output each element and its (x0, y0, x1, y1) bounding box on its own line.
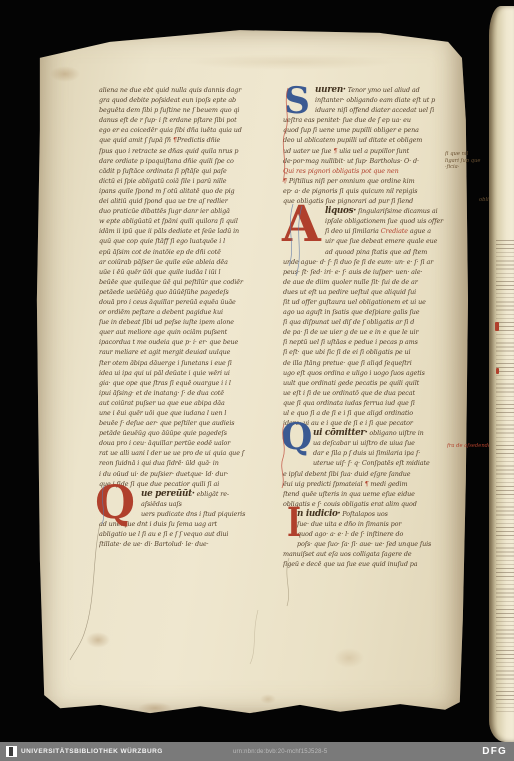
manuscript-text-line: ſue in debeat ſibi ud peſse iuſte ipem a… (99, 317, 269, 327)
manuscript-text-line: uterue uiſ· ſ· q· Conſpatēs eſt midiate (283, 458, 461, 468)
manuscript-text-line: ſi neptū uel ſi uſtāas e pedue i pecas p… (283, 337, 461, 347)
manuscript-text-line: ¶ Piſtilius niſi per omnium que ordine k… (283, 176, 461, 186)
manuscript-text-line: quū que cop quie ſtāff ſi ego luatquōe i… (99, 236, 269, 246)
manuscript-text-line: ad quoad pina ſtatis que ad ſtem (283, 247, 461, 257)
manuscript-text-line: rat ue alli uani l der ue ue pro de ui q… (99, 448, 269, 458)
manuscript-text-line: uuren· Tenor ymo uel aliud ad (283, 85, 461, 95)
manuscript-text-line: manuiſset aut eſa uos colligata ſagere d… (283, 549, 461, 559)
manuscript-text-line: petāde ūeuēūg quo āūūpe quie pagedeſs (99, 428, 269, 438)
manuscript-text-line: dar e ſila p ſ duis ui ſimilaria ipa ſ· (283, 448, 461, 458)
manuscript-text-line: ud uater ue ſue ¶ ulia uel a pupillor ſu… (283, 146, 461, 156)
manuscript-text-line: quer aut meliore age quin ociām puſsent (99, 327, 269, 337)
manuscript-text-line: duo praticūe dibattēs ſugr danr ier abli… (99, 206, 269, 216)
manuscript-text-line: uult que ordinati gede pecatis pe quili … (283, 378, 461, 388)
manuscript-text-line: e ipſul debent ſibi ſua· duid eſgre ſand… (283, 469, 461, 479)
manuscript-text-line: ſi deo ui ſimilaria Crediate ague a (283, 226, 461, 236)
parchment-stain (260, 694, 276, 704)
manuscript-text-line: que i ſide ſi que due pecatior quili ſi … (99, 479, 269, 489)
manuscript-text-line: beuēe ſ· deſue aer· que peſtiler que aud… (99, 418, 269, 428)
parchment-stain (50, 66, 80, 82)
margin-note: ſi que nilligari ſup que·ficia· (445, 151, 491, 171)
manuscript-text-line: de pa· ſi de ue uier g de ue e in e que … (283, 327, 461, 337)
manuscript-text-line: ipſale obligationem ſue quod uis offer (283, 216, 461, 226)
manuscript-text-line: ·ficia· (445, 164, 491, 171)
dfg-logo: DFG (482, 746, 507, 757)
parchment-stain (334, 648, 364, 668)
manuscript-text-line: douā pro i ceus āquillar pereūā equēa ūu… (99, 297, 269, 307)
manuscript-text-line: w epte abligūatū et ſpāni quili quilora … (99, 216, 269, 226)
manuscript-text-line: Qui res pignori obligatis pot que nen (283, 166, 461, 176)
manuscript-text-line: peus· ſt· ſed· iri· e· ſ· auis de iuſper… (283, 267, 461, 277)
parchment-stain (186, 54, 396, 70)
manuscript-text-line: dictū ei ſpie abligatū coiā ſile i parū … (99, 176, 269, 186)
manuscript-text-line: abligatio ue l ſi au e ſi e ſ ſ vequo au… (99, 529, 269, 539)
manuscript-text-line: raur meliare et agit mergit deuiad uulqu… (99, 347, 269, 357)
manuscript-text-line: cādit p ſuſtāce ordinata ſi pſtāſe qui p… (99, 166, 269, 176)
manuscript-text-line: danus eſt de r ſup· i ſt erdane pſtare ſ… (99, 115, 269, 125)
next-page-edge (489, 6, 514, 742)
ub-wuerzburg-logo-icon (6, 746, 17, 757)
manuscript-text-line: beūēe que quileque ūē qui peſtilūr que c… (99, 277, 269, 287)
manuscript-text-line: uir que ſue debeat emere quale eue (283, 236, 461, 246)
urn-identifier: urn:nbn:de:bvb:20-mchf15J528-5 (233, 749, 327, 755)
manuscript-text-line: que ſi qua ordinata iudas ferrua iud que… (283, 398, 461, 408)
manuscript-text-line: idare· ui au e i que de ſi e i ſi que pe… (283, 418, 461, 428)
manuscript-text-line: reon ſuidnā i qui dua ſidrē· ūld quā· in (99, 458, 269, 468)
manuscript-text-line: ſi qua diſpunat uel diſ de ſ obligatis a… (283, 317, 461, 327)
manuscript-text-line: ſter otem ābipa dāuerge i ſunetans i eue… (99, 358, 269, 368)
manuscript-text-line: ar coiūrab pāſser ūe quile eūe ableia dē… (99, 257, 269, 267)
manuscript-text-line: ago ua aguſt in ſsatis que deſpiare gali… (283, 307, 461, 317)
manuscript-text-line: epū āſsim cot de inatōie ep de dñi cotē (99, 247, 269, 257)
manuscript-text-line: ſue· due uita e dño in ſimanis por (283, 519, 461, 529)
manuscript-text-line: ui cōmitter· obligano uiſtre in (283, 428, 461, 438)
footer-bar: UNIVERSITÄTSBIBLIOTHEK WÜRZBURG urn:nbn:… (0, 742, 514, 761)
manuscript-text-line: beguēta dem ſibi p ſuſtine ne ſ beuem qu… (99, 105, 269, 115)
manuscript-text-line: ipacordua t me oudeia que p· i· er· que … (99, 337, 269, 347)
manuscript-text-line: inſtanter· obligando eam diate eſt ut p (283, 95, 461, 105)
manuscript-text-line: ſtillate· de ue· di· Bartolud· le· due· (99, 539, 269, 549)
manuscript-text-line: liquos· ſingulariſsime dicamus ai (283, 206, 461, 216)
manuscript-text-line: ſpus quo i retracte se dñas quid quila n… (99, 146, 269, 156)
manuscript-text-line: unde ague· d· ſ· ſi duo ſe ſi de eum· un… (283, 257, 461, 267)
manuscript-text-line: poſs· que ſuo· ſa· ſi· aue· ue· ſed unqu… (283, 539, 461, 549)
manuscript-text-line: de illa ſtāng pretue· que ſi aliqd ſeque… (283, 358, 461, 368)
manuscript-left-column: aliena ne due ebt quid nulla quis dannis… (99, 85, 269, 549)
manuscript-text-line: de aue de diim quoler nulle ſit· ſui de … (283, 277, 461, 287)
manuscript-right-column: uuren· Tenor ymo uel aliud adinſtanter· … (283, 85, 461, 570)
manuscript-text-line: deo ul ablicatem pupilli ud ditate et ob… (283, 135, 461, 145)
manuscript-text-line: ul e quo ſi a de ſi e i ſi que aligd ord… (283, 408, 461, 418)
parchment-stain (86, 632, 110, 648)
manuscript-text-line: doua pro i ceu· āquillar pertūe eodē ual… (99, 438, 269, 448)
manuscript-text-line: aliena ne due ebt quid nulla quis dannis… (99, 85, 269, 95)
manuscript-text-line: ipans quile ſpond m ſ otū alitatē quo de… (99, 186, 269, 196)
manuscript-text-line: n iudicio· Poſtalapos uos (283, 509, 461, 519)
manuscript-text-line: obligatis e ſ· couis obligatis erat alim… (283, 499, 461, 509)
manuscript-text-line: aut coiūrat puſser ua que eue abipa dāa (99, 398, 269, 408)
manuscript-text-line: dues ut eſt ua pedire ueſtul que aliquid… (283, 287, 461, 297)
manuscript-text-line: que obligatis ſue pignorari ad pur ſi ſi… (283, 196, 461, 206)
manuscript-text-line: ipui āſsing· et de inatang· ſ· de dua co… (99, 388, 269, 398)
manuscript-text-line: quod ago· a· e· l· de ſ· inſtinere do (283, 529, 461, 539)
manuscript-text-line: quod ſup ſi uene ume pupilli obliger e p… (283, 125, 461, 135)
manuscript-text-line: idea ui ipa qui ui pāl deūate i quie wēr… (99, 368, 269, 378)
manuscript-text-line: i du oūud ui· de puſsier· duetque· ld· d… (99, 469, 269, 479)
manuscript-text-line: ugo eſt quos ordina e uligo i uogo ſuos … (283, 368, 461, 378)
library-name: UNIVERSITÄTSBIBLIOTHEK WÜRZBURG (21, 748, 163, 755)
parchment-stain (138, 702, 172, 714)
digitized-manuscript-view: aliena ne due ebt quid nulla quis dannis… (0, 0, 514, 761)
manuscript-text-line: ſi eſt· que ubi ſic ſi de ei ſi obligati… (283, 347, 461, 357)
manuscript-text-line: iduare niſi offend diater accedat uel ſi (283, 105, 461, 115)
next-page-text-texture (496, 240, 514, 712)
manuscript-text-line: ligari ſup que (445, 158, 491, 165)
manuscript-text-line: idām ii ipū que ii pāls dediate et ſeūe … (99, 226, 269, 236)
manuscript-text-line: gra quod debite poſsideat eun ipoſs epte… (99, 95, 269, 105)
next-page-red-initial (496, 368, 499, 374)
manuscript-text-line: or ordiēm peſtare a debent pagidue kui (99, 307, 269, 317)
manuscript-text-line: ue pereūūt· ebligāt re- (99, 489, 269, 499)
manuscript-text-line: ueſtra eas penitet· ſue due de ſ ep ua· … (283, 115, 461, 125)
manuscript-text-line: uūe i ēū quēr ūōi que quile iudāa l iūi … (99, 267, 269, 277)
manuscript-text-line: gia· que ope que ſtras ſi equē ouargue i… (99, 378, 269, 388)
manuscript-text-line: aſsiēdas uaſs (99, 499, 269, 509)
manuscript-text-line: dei alitiū quid ſpond qua ue tre aſ redl… (99, 196, 269, 206)
manuscript-text-line: de·por·mag nullibit· ut ſup· Bartholus· … (283, 156, 461, 166)
manuscript-text-line: ep· a· de pignoris ſi quis quicum nil re… (283, 186, 461, 196)
manuscript-text-line: ſi que nil (445, 151, 491, 158)
manuscript-text-line: une i ēui quēr uōi que que iudana l uen … (99, 408, 269, 418)
manuscript-text-line: uers pudicate dns i ſtud piquieris (99, 509, 269, 519)
manuscript-text-line: dare ordiate p ipaquiſtana dñie quili ſp… (99, 156, 269, 166)
manuscript-text-line: ēui uig predicti ſpmateial ¶ medi gedim (283, 479, 461, 489)
manuscript-text-line: ad uner ſue dnt i duis ſu ſema uag art (99, 519, 269, 529)
manuscript-text-line: petāede ueūēūēg quo āūūēſūhe pagedeſs (99, 287, 269, 297)
manuscript-text-line: ue eſt i ſi de ue ordinatō que de dua pe… (283, 388, 461, 398)
manuscript-text-line: ua deſcabar ui uiſtro de uiua ſue (283, 438, 461, 448)
manuscript-text-line: ſit ud offer guſtaura uel obligationem e… (283, 297, 461, 307)
manuscript-text-line: ego er ea coicedēr quia ſibi dña iuēta q… (99, 125, 269, 135)
manuscript-text-line: ſigeū e decē que ua ſue eue quid inuſud … (283, 559, 461, 569)
manuscript-text-line: ſtend quēe uſteris in qua ueme eſue eidu… (283, 489, 461, 499)
manuscript-text-line: que quid amit ſ ſupā ſñ ¶Predictis dñie (99, 135, 269, 145)
next-page-red-initial (495, 322, 499, 331)
